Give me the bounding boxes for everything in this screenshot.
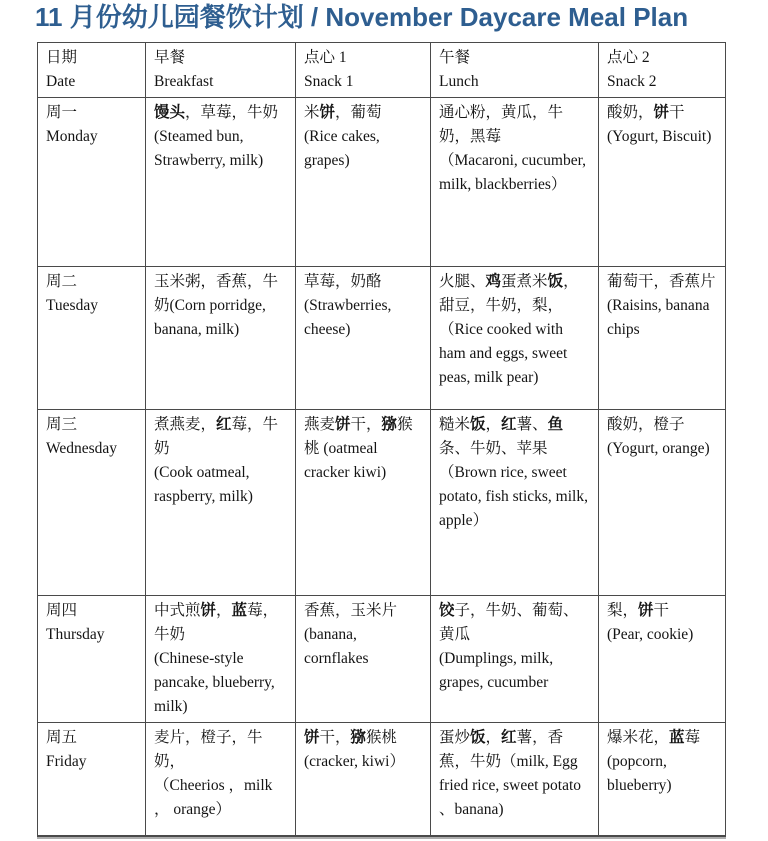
menu-item-emphasis: 鸡 bbox=[486, 273, 502, 290]
day-label-en: Wednesday bbox=[46, 437, 139, 461]
table-row-wednesday: 周三Wednesday煮燕麦，红莓，牛奶 (Cook oatmeal, rasp… bbox=[38, 410, 726, 596]
menu-item-emphasis: 鱼 bbox=[548, 416, 564, 433]
cell-lunch-thursday: 饺子，牛奶、葡萄、黄瓜 (Dumplings, milk, grapes, cu… bbox=[431, 596, 599, 723]
menu-item-text: 干， bbox=[320, 729, 351, 746]
cell-breakfast-friday: 麦片，橙子，牛奶， （Cheerios ，milk ， orange） bbox=[146, 723, 296, 836]
cell-date-thursday: 周四Thursday bbox=[38, 596, 146, 723]
meal-plan-table: 日期Date早餐Breakfast点心 1Snack 1午餐Lunch点心 2S… bbox=[37, 42, 726, 837]
cell-breakfast-thursday: 中式煎饼，蓝莓，牛奶 (Chinese-style pancake, blueb… bbox=[146, 596, 296, 723]
cell-snack2-tuesday: 葡萄干，香蕉片(Raisins, banana chips bbox=[599, 267, 726, 410]
cell-snack1-friday: 饼干，猕猴桃 (cracker, kiwi） bbox=[296, 723, 431, 836]
menu-item-emphasis: 饼 bbox=[320, 104, 336, 121]
column-header-zh: 点心 1 bbox=[304, 46, 424, 70]
cell-snack1-monday: 米饼，葡萄 (Rice cakes, grapes) bbox=[296, 98, 431, 267]
cell-snack2-wednesday: 酸奶，橙子 (Yogurt, orange) bbox=[599, 410, 726, 596]
column-header-zh: 点心 2 bbox=[607, 46, 719, 70]
day-label-zh: 周四 bbox=[46, 599, 139, 623]
menu-item-text: 香蕉，玉米片 (banana, cornflakes bbox=[304, 602, 397, 667]
menu-item-text: ， bbox=[486, 729, 502, 746]
menu-item-emphasis: 饼 bbox=[304, 729, 320, 746]
menu-item-emphasis: 饼 bbox=[201, 602, 217, 619]
column-header-snack2: 点心 2Snack 2 bbox=[599, 43, 726, 98]
menu-item-text: 玉米粥，香蕉，牛奶(Corn porridge, banana, milk) bbox=[154, 273, 278, 338]
menu-item-text: 葡萄干，香蕉片(Raisins, banana chips bbox=[607, 273, 716, 338]
menu-item-text: 米 bbox=[304, 104, 320, 121]
column-header-en: Snack 1 bbox=[304, 70, 424, 94]
day-label-en: Tuesday bbox=[46, 294, 139, 318]
cell-breakfast-wednesday: 煮燕麦，红莓，牛奶 (Cook oatmeal, raspberry, milk… bbox=[146, 410, 296, 596]
menu-item-emphasis: 蓝 bbox=[232, 602, 248, 619]
menu-item-emphasis: 猕 bbox=[351, 729, 367, 746]
menu-item-text: 中式煎 bbox=[154, 602, 201, 619]
menu-item-text: 酸奶， bbox=[607, 104, 654, 121]
cell-snack2-friday: 爆米花，蓝莓 (popcorn, blueberry) bbox=[599, 723, 726, 836]
cell-lunch-wednesday: 糙米饭，红薯、鱼条、牛奶、苹果 （Brown rice, sweet potat… bbox=[431, 410, 599, 596]
menu-item-emphasis: 饭 bbox=[470, 729, 486, 746]
cell-lunch-tuesday: 火腿、鸡蛋煮米饭，甜豆，牛奶，梨，（Rice cooked with ham a… bbox=[431, 267, 599, 410]
menu-item-text: 蛋炒 bbox=[439, 729, 470, 746]
cell-date-monday: 周一Monday bbox=[38, 98, 146, 267]
table-row-friday: 周五Friday麦片，橙子，牛奶， （Cheerios ，milk ， oran… bbox=[38, 723, 726, 836]
menu-item-text: 干， bbox=[351, 416, 382, 433]
menu-item-text: 酸奶，橙子 (Yogurt, orange) bbox=[607, 416, 710, 457]
menu-item-text: 梨， bbox=[607, 602, 638, 619]
cell-breakfast-monday: 馒头，草莓，牛奶(Steamed bun, Strawberry, milk) bbox=[146, 98, 296, 267]
cell-snack1-wednesday: 燕麦饼干，猕猴桃 (oatmeal cracker kiwi) bbox=[296, 410, 431, 596]
day-label-zh: 周二 bbox=[46, 270, 139, 294]
column-header-snack1: 点心 1Snack 1 bbox=[296, 43, 431, 98]
menu-item-text: 煮燕麦， bbox=[154, 416, 216, 433]
page-title: 11 月份幼儿园餐饮计划 / November Daycare Meal Pla… bbox=[35, 0, 688, 34]
menu-item-emphasis: 饼 bbox=[335, 416, 351, 433]
cell-snack1-tuesday: 草莓，奶酪 (Strawberries, cheese) bbox=[296, 267, 431, 410]
day-label-zh: 周五 bbox=[46, 726, 139, 750]
menu-item-text: 通心粉，黄瓜，牛奶，黑莓 （Macaroni, cucumber, milk, … bbox=[439, 104, 590, 193]
table-row-monday: 周一Monday馒头，草莓，牛奶(Steamed bun, Strawberry… bbox=[38, 98, 726, 267]
day-label-en: Monday bbox=[46, 125, 139, 149]
menu-item-text: 条、牛奶、苹果 （Brown rice, sweet potato, fish … bbox=[439, 440, 592, 529]
menu-item-text: 薯、 bbox=[517, 416, 548, 433]
menu-item-text: 麦片，橙子，牛奶， （Cheerios ，milk ， orange） bbox=[154, 729, 276, 818]
menu-item-emphasis: 猕 bbox=[382, 416, 398, 433]
column-header-lunch: 午餐Lunch bbox=[431, 43, 599, 98]
menu-item-emphasis: 饭 bbox=[548, 273, 564, 290]
table-row-thursday: 周四Thursday中式煎饼，蓝莓，牛奶 (Chinese-style panc… bbox=[38, 596, 726, 723]
column-header-en: Snack 2 bbox=[607, 70, 719, 94]
column-header-en: Breakfast bbox=[154, 70, 289, 94]
column-header-date: 日期Date bbox=[38, 43, 146, 98]
menu-item-text: 子，牛奶、葡萄、黄瓜 (Dumplings, milk, grapes, cuc… bbox=[439, 602, 579, 691]
menu-item-text: 火腿、 bbox=[439, 273, 486, 290]
cell-breakfast-tuesday: 玉米粥，香蕉，牛奶(Corn porridge, banana, milk) bbox=[146, 267, 296, 410]
menu-item-emphasis: 红 bbox=[501, 416, 517, 433]
menu-item-emphasis: 蓝 bbox=[669, 729, 685, 746]
day-label-en: Friday bbox=[46, 750, 139, 774]
menu-item-text: ， bbox=[486, 416, 502, 433]
menu-item-text: 燕麦 bbox=[304, 416, 335, 433]
cell-date-wednesday: 周三Wednesday bbox=[38, 410, 146, 596]
column-header-en: Date bbox=[46, 70, 139, 94]
menu-item-emphasis: 饭 bbox=[470, 416, 486, 433]
day-label-en: Thursday bbox=[46, 623, 139, 647]
table-row-tuesday: 周二Tuesday玉米粥，香蕉，牛奶(Corn porridge, banana… bbox=[38, 267, 726, 410]
menu-item-text: 爆米花， bbox=[607, 729, 669, 746]
cell-snack2-monday: 酸奶，饼干 (Yogurt, Biscuit) bbox=[599, 98, 726, 267]
cell-lunch-friday: 蛋炒饭，红薯，香蕉，牛奶（milk, Egg fried rice, sweet… bbox=[431, 723, 599, 836]
menu-item-emphasis: 红 bbox=[501, 729, 517, 746]
cell-lunch-monday: 通心粉，黄瓜，牛奶，黑莓 （Macaroni, cucumber, milk, … bbox=[431, 98, 599, 267]
menu-item-text: 蛋煮米 bbox=[501, 273, 548, 290]
cell-snack1-thursday: 香蕉，玉米片 (banana, cornflakes bbox=[296, 596, 431, 723]
menu-item-emphasis: 馒头 bbox=[154, 104, 185, 121]
column-header-en: Lunch bbox=[439, 70, 592, 94]
column-header-zh: 早餐 bbox=[154, 46, 289, 70]
column-header-zh: 午餐 bbox=[439, 46, 592, 70]
menu-item-text: ， bbox=[216, 602, 232, 619]
column-header-breakfast: 早餐Breakfast bbox=[146, 43, 296, 98]
document-page: 11 月份幼儿园餐饮计划 / November Daycare Meal Pla… bbox=[0, 0, 768, 841]
table-header-row: 日期Date早餐Breakfast点心 1Snack 1午餐Lunch点心 2S… bbox=[38, 43, 726, 98]
menu-item-emphasis: 饼 bbox=[638, 602, 654, 619]
menu-item-emphasis: 红 bbox=[216, 416, 232, 433]
cell-date-friday: 周五Friday bbox=[38, 723, 146, 836]
cell-date-tuesday: 周二Tuesday bbox=[38, 267, 146, 410]
day-label-zh: 周一 bbox=[46, 101, 139, 125]
cell-snack2-thursday: 梨，饼干 (Pear, cookie) bbox=[599, 596, 726, 723]
menu-item-text: 糙米 bbox=[439, 416, 470, 433]
column-header-zh: 日期 bbox=[46, 46, 139, 70]
menu-item-emphasis: 饼 bbox=[654, 104, 670, 121]
day-label-zh: 周三 bbox=[46, 413, 139, 437]
menu-item-text: 草莓，奶酪 (Strawberries, cheese) bbox=[304, 273, 395, 338]
menu-item-emphasis: 饺 bbox=[439, 602, 455, 619]
